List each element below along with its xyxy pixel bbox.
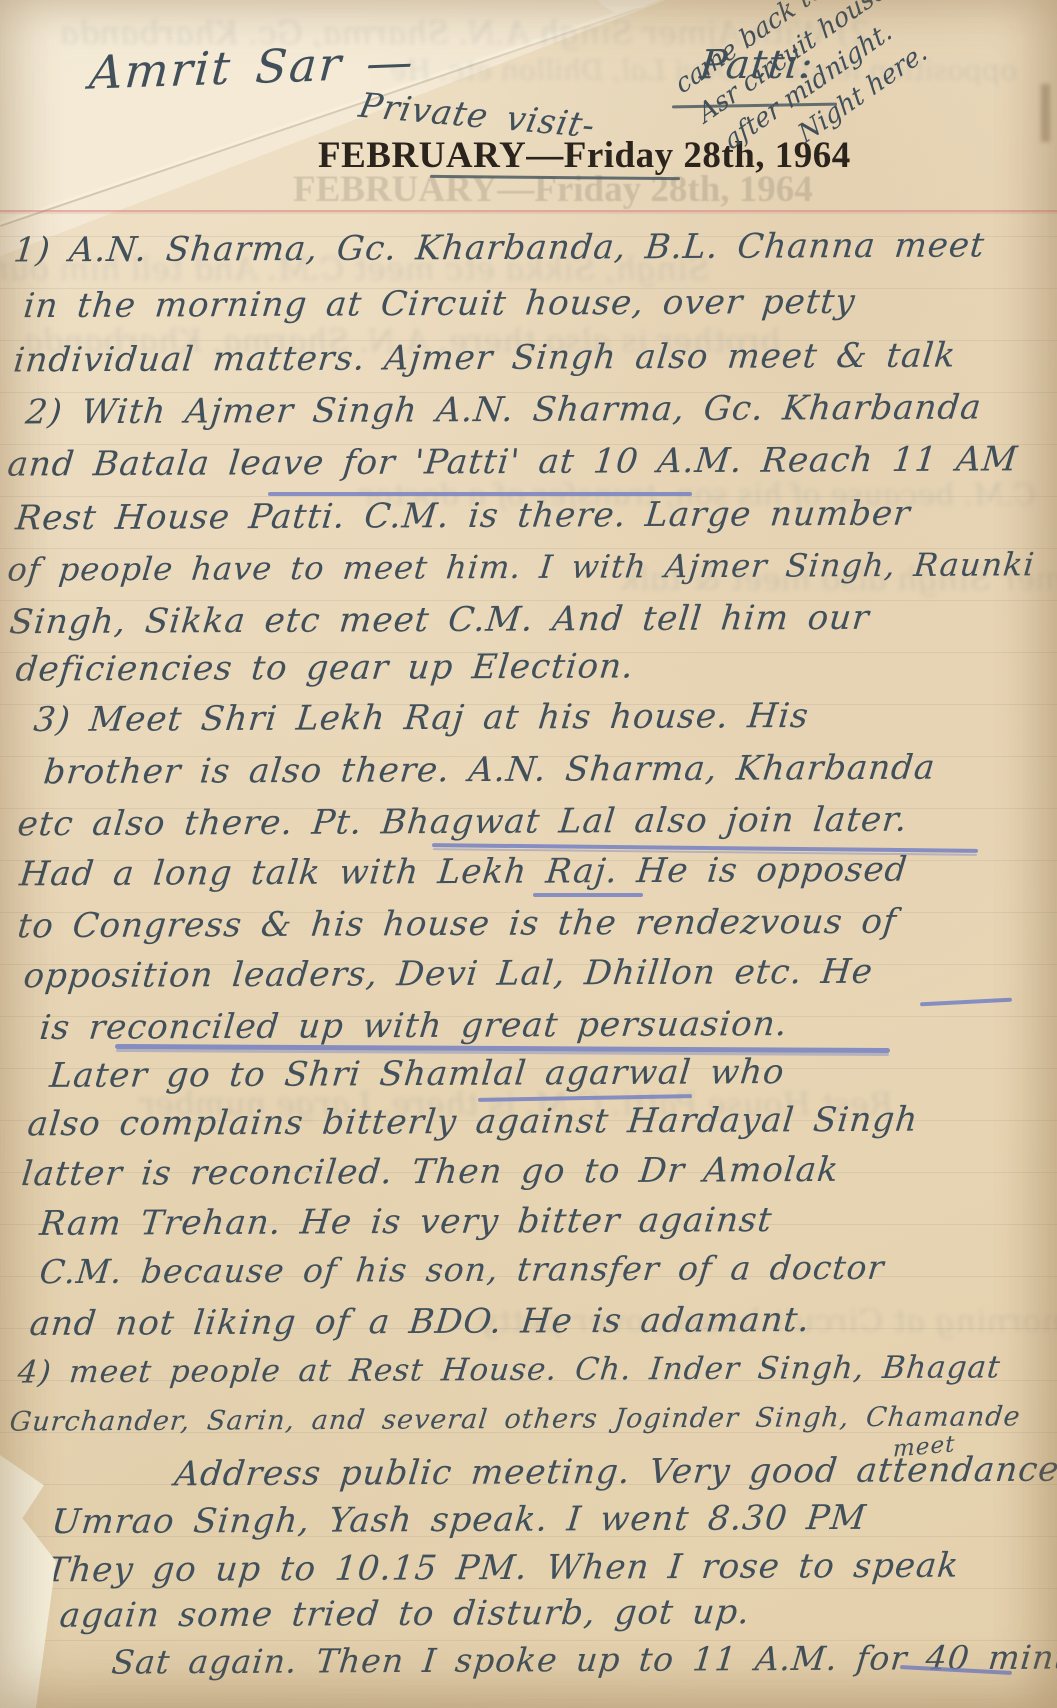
handwritten-line: etc also there. Pt. Bhagwat Lal also joi… <box>16 800 910 845</box>
handwritten-line: individual matters. Ajmer Singh also mee… <box>12 336 958 381</box>
handwritten-line: also complains bitterly against Hardayal… <box>26 1100 920 1145</box>
handwritten-line: Had a long talk with Lekh Raj. He is opp… <box>18 850 910 895</box>
handwritten-line: Sat again. Then I spoke up to 11 A.M. fo… <box>110 1637 1057 1681</box>
handwritten-line: Umrao Singh, Yash speak. I went 8.30 PM <box>50 1498 869 1542</box>
blue-underline <box>268 492 692 496</box>
handwritten-line: 3) Meet Shri Lekh Raj at his house. His <box>32 696 811 740</box>
handwritten-line: Ram Trehan. He is very bitter against <box>38 1200 774 1244</box>
handwritten-line: 4) meet people at Rest House. Ch. Inder … <box>16 1349 1002 1390</box>
blue-underline <box>115 1044 890 1053</box>
handwritten-line: again some tried to disturb, got up. <box>58 1592 752 1636</box>
handwritten-line: 1) A.N. Sharma, Gc. Kharbanda, B.L. Chan… <box>12 225 987 270</box>
diary-page: 2) With Ajmer Singh A.N. Sharma, Gc. Kha… <box>0 0 1057 1708</box>
handwritten-line: 2) With Ajmer Singh A.N. Sharma, Gc. Kha… <box>24 387 984 432</box>
handwritten-line: in the morning at Circuit house, over pe… <box>22 282 858 326</box>
handwritten-line: They go up to 10.15 PM. When I rose to s… <box>44 1546 961 1591</box>
handwritten-line: Singh, Sikka etc meet C.M. And tell him … <box>8 598 872 642</box>
handwritten-line: to Congress & his house is the rendezvou… <box>16 902 899 947</box>
handwritten-line: deficiencies to gear up Election. <box>14 646 636 689</box>
handwritten-line: latter is reconciled. Then go to Dr Amol… <box>20 1150 841 1194</box>
edge-smudge <box>1041 84 1050 142</box>
blue-underline <box>920 998 1012 1007</box>
handwritten-line: brother is also there. A.N. Sharma, Khar… <box>42 748 938 793</box>
diagonal-margin-note: came back to Asr circuit house after mid… <box>669 0 1036 202</box>
handwritten-line: and not liking of a BDO. He is adamant. <box>28 1300 812 1344</box>
handwritten-line: is reconciled up with great persuasion. <box>38 1004 790 1048</box>
handwritten-line: of people have to meet him. I with Ajmer… <box>6 545 1037 588</box>
handwritten-line: opposition leaders, Devi Lal, Dhillon et… <box>22 952 875 996</box>
handwritten-line: Gurchander, Sarin, and several others Jo… <box>8 1401 1022 1437</box>
margin-note: meet <box>893 1431 956 1462</box>
handwritten-line: and Batala leave for 'Patti' at 10 A.M. … <box>6 439 1020 484</box>
handwritten-line: C.M. because of his son, transfer of a d… <box>38 1248 887 1291</box>
blue-underline <box>533 893 643 897</box>
handwritten-line: Later go to Shri Shamlal agarwal who <box>48 1052 787 1096</box>
handwritten-line: Rest House Patti. C.M. is there. Large n… <box>14 494 913 539</box>
